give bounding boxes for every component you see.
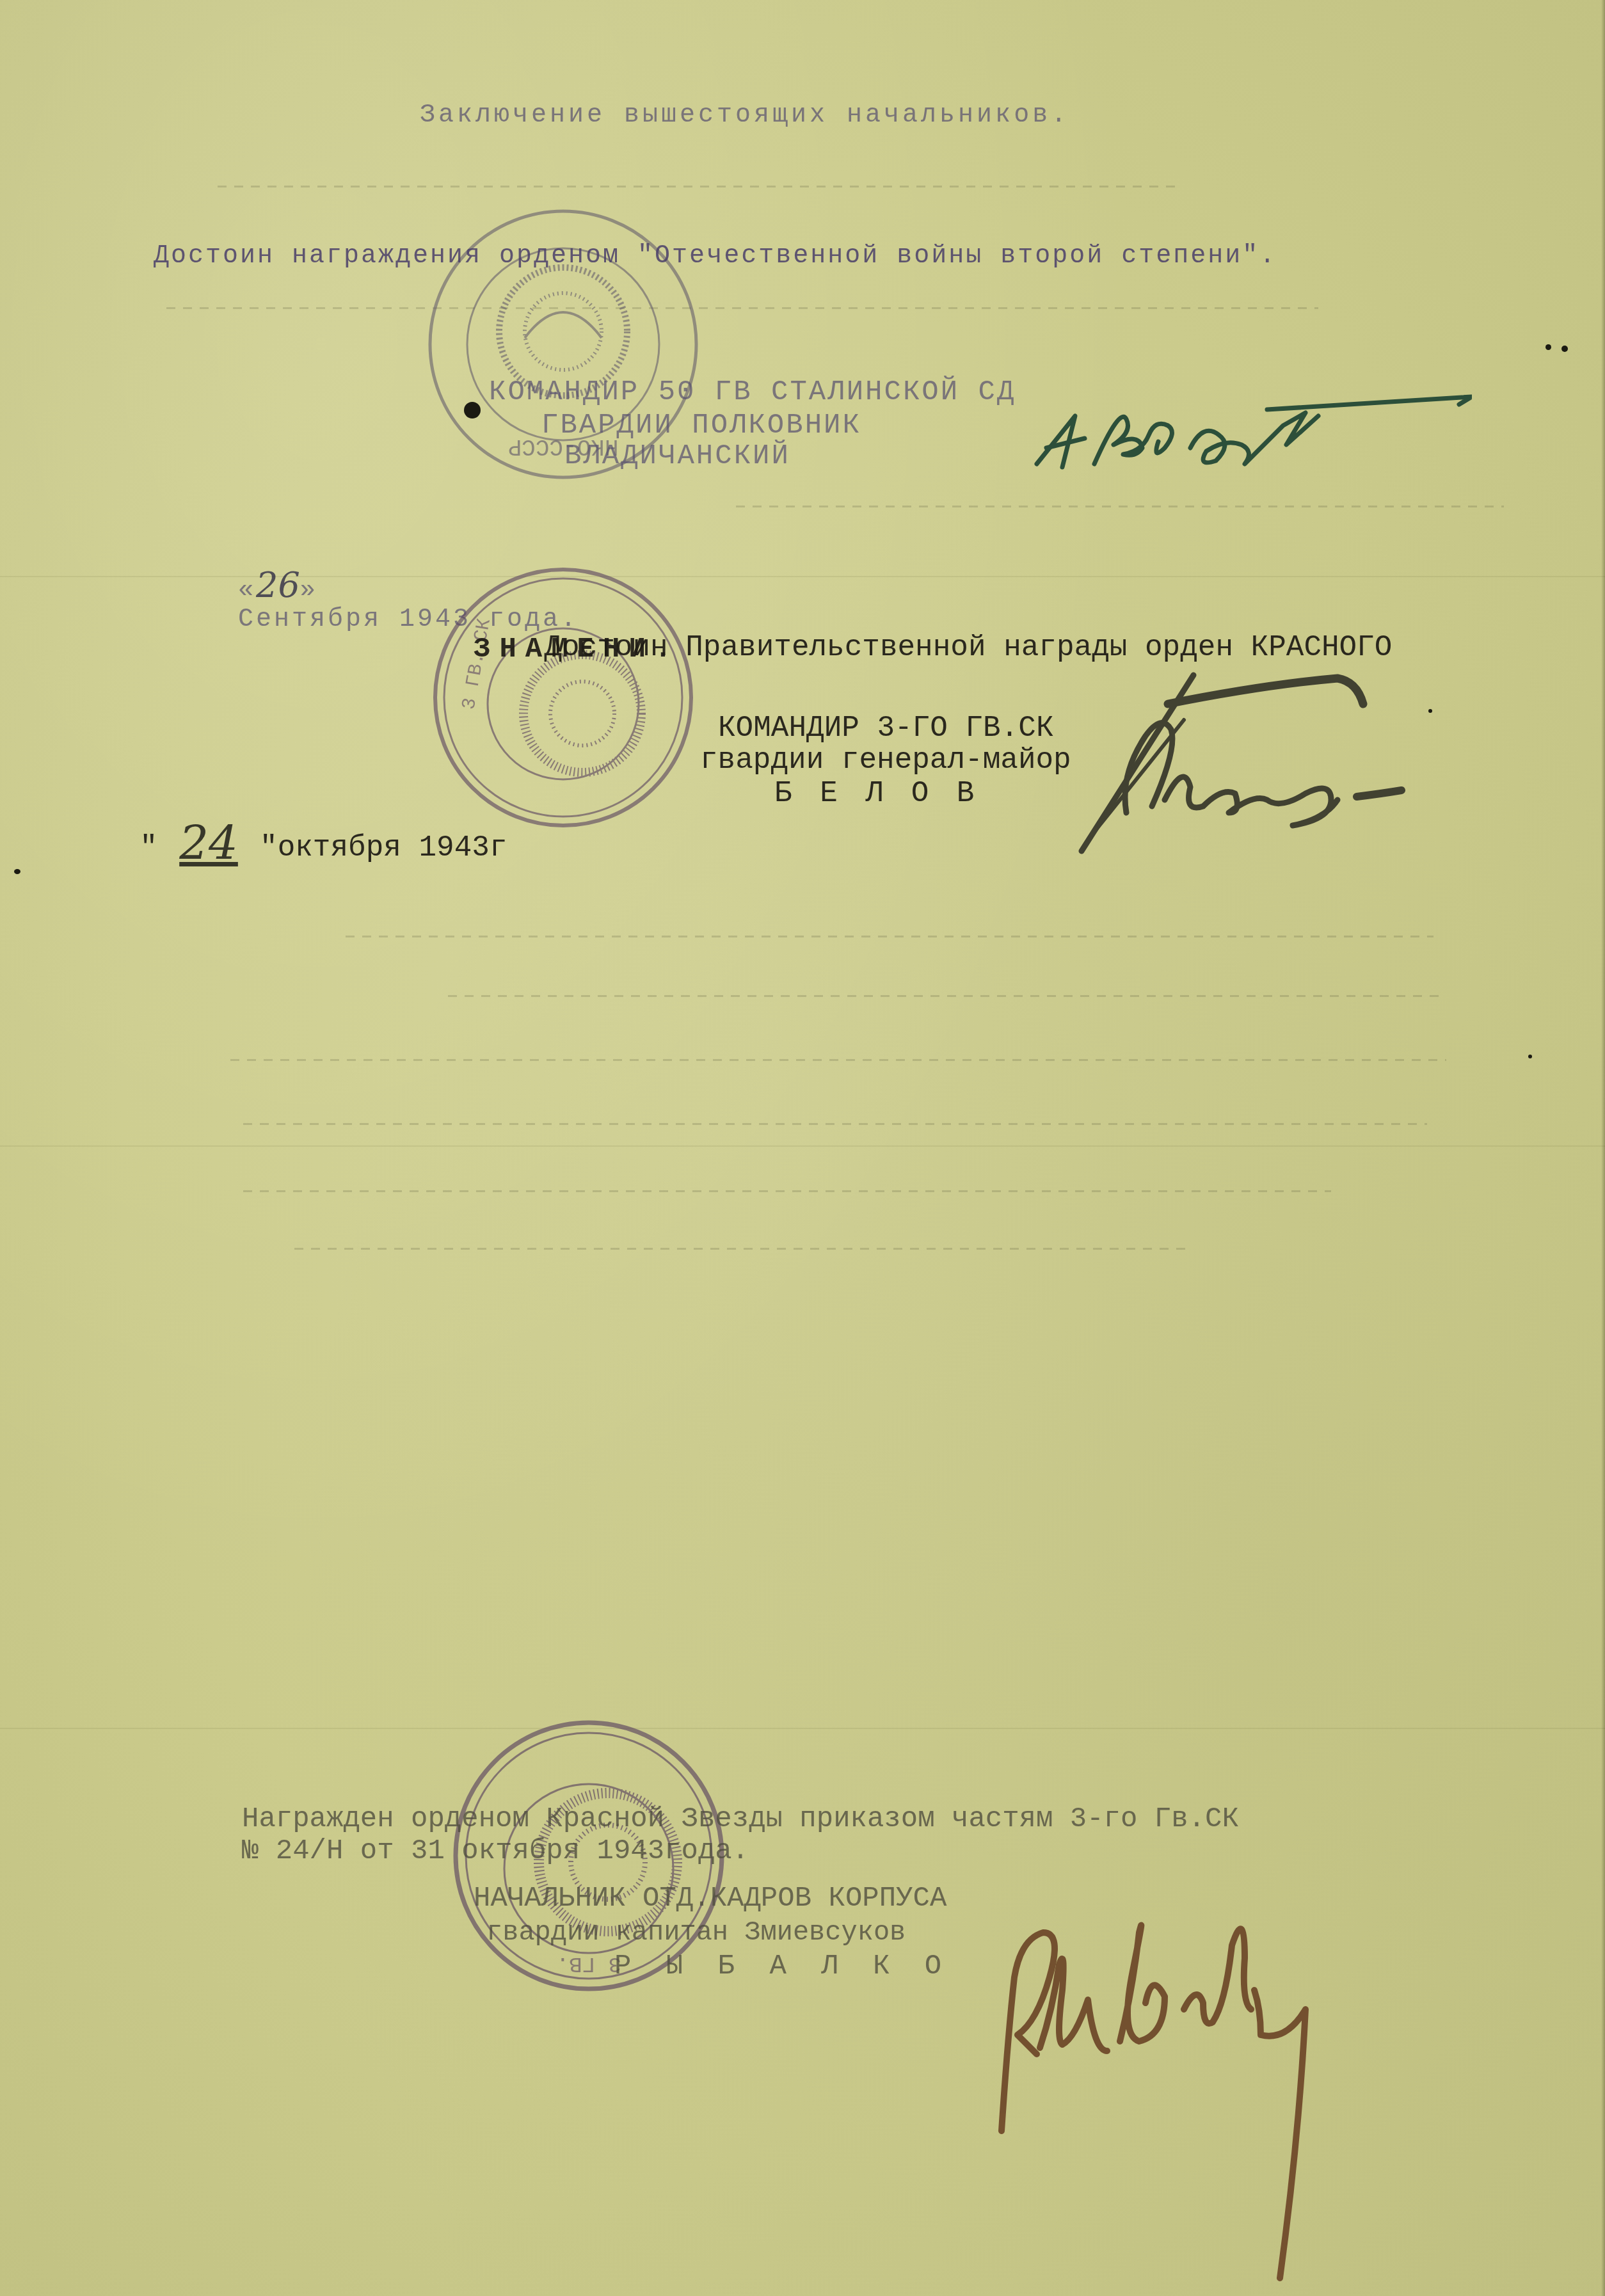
signature-vladichansky bbox=[1024, 378, 1472, 493]
personnel-chief-name: Р Ы Б А Л К О bbox=[614, 1950, 950, 1982]
personnel-chief-title: НАЧАЛЬНИК ОТД.КАДРОВ КОРПУСА bbox=[474, 1883, 946, 1915]
corps-recommendation-line-2: ЗНАМЕНИ. bbox=[474, 634, 680, 666]
award-line-1: Награжден орденом Красной Звезды приказо… bbox=[242, 1803, 1239, 1835]
paper-speck bbox=[1545, 344, 1551, 350]
bleed-through-line bbox=[166, 307, 1318, 309]
date-day-handwritten: 24 bbox=[157, 817, 260, 870]
bleed-through-line bbox=[243, 1190, 1331, 1192]
division-commander-title: КОМАНДИР 50 ГВ СТАЛИНСКОЙ СД bbox=[489, 376, 1016, 408]
signature-rybalko bbox=[973, 1913, 1395, 2296]
paper-speck bbox=[14, 869, 20, 874]
signature-belov bbox=[1050, 659, 1497, 870]
paper-speck bbox=[1528, 1055, 1532, 1058]
paper-fold bbox=[0, 1728, 1605, 1729]
ink-blot bbox=[464, 402, 481, 419]
corps-commander-title: КОМАНДИР 3-ГО ГВ.СК bbox=[718, 712, 1054, 745]
corps-commander-rank: гвардии генерал-майор bbox=[700, 744, 1071, 777]
division-recommendation: Достоин награждения орденом "Отечественн… bbox=[154, 242, 1277, 271]
document-title: Заключение вышестоящих начальников. bbox=[420, 101, 1069, 130]
corps-date: "24"октября 1943г bbox=[69, 779, 507, 900]
corps-commander-name: Б Е Л О В bbox=[774, 777, 979, 810]
date-quote-close: » bbox=[300, 577, 318, 605]
date-quote-open: " bbox=[140, 831, 157, 865]
paper-edge bbox=[1601, 0, 1605, 2296]
bleed-through-line bbox=[230, 1059, 1446, 1061]
svg-text:3 ГВ.: 3 ГВ. bbox=[556, 1951, 621, 1975]
personnel-chief-rank: гвардии капитан Змиевсуков bbox=[486, 1917, 906, 1948]
bleed-through-line bbox=[243, 1123, 1427, 1125]
date-day-handwritten: 26 bbox=[256, 565, 300, 605]
bleed-through-line bbox=[346, 936, 1433, 937]
division-commander-rank: ГВАРДИИ ПОЛКОВНИК bbox=[541, 410, 861, 442]
paper-speck bbox=[1428, 709, 1432, 713]
bleed-through-line bbox=[218, 186, 1178, 187]
paper-fold bbox=[0, 1145, 1605, 1147]
date-quote-open: « bbox=[238, 577, 256, 605]
award-line-2: № 24/Н от 31 октября 1943года. bbox=[242, 1835, 749, 1867]
paper-speck bbox=[1561, 346, 1568, 352]
date-quote-close: " bbox=[260, 831, 278, 865]
date-text: октября 1943г bbox=[278, 831, 507, 865]
bleed-through-line bbox=[736, 506, 1504, 507]
document-page: Заключение вышестоящих начальников. НКО-… bbox=[0, 0, 1605, 2296]
bleed-through-line bbox=[294, 1248, 1190, 1250]
division-commander-name: ВЛАДИЧАНСКИЙ bbox=[564, 440, 790, 472]
bleed-through-line bbox=[448, 995, 1440, 997]
